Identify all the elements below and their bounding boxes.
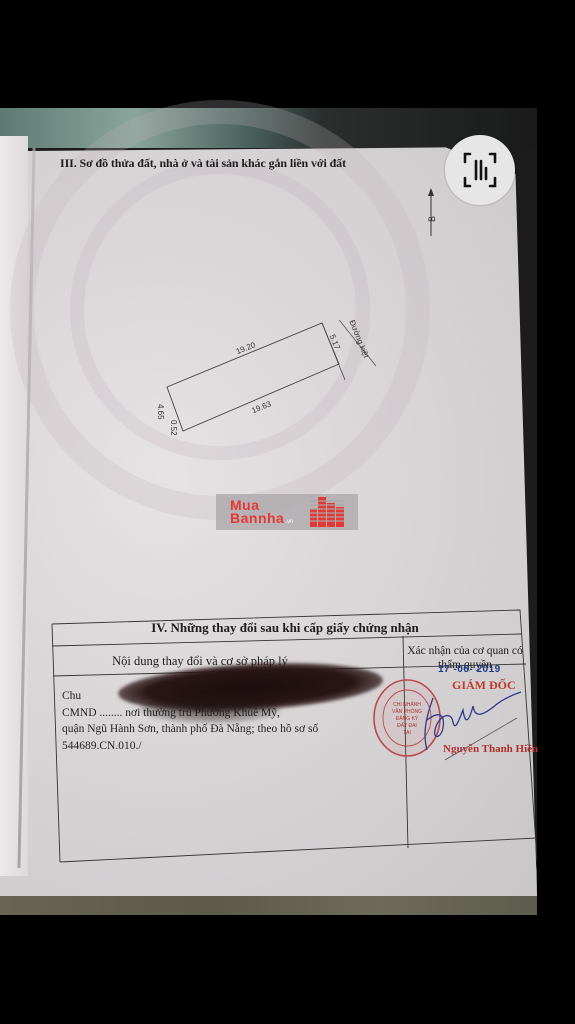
- confirmation-date: 17 -06- 2019: [438, 664, 501, 675]
- section-iv-title: IV. Những thay đổi sau khi cấp giấy chứn…: [50, 616, 520, 640]
- lens-scan-button[interactable]: [445, 135, 515, 205]
- signer-name: Nguyễn Thanh Hiền: [443, 743, 538, 755]
- lens-scan-icon: [460, 150, 500, 190]
- signature-icon: [405, 680, 525, 770]
- redaction-scribble-secondary: [140, 695, 280, 723]
